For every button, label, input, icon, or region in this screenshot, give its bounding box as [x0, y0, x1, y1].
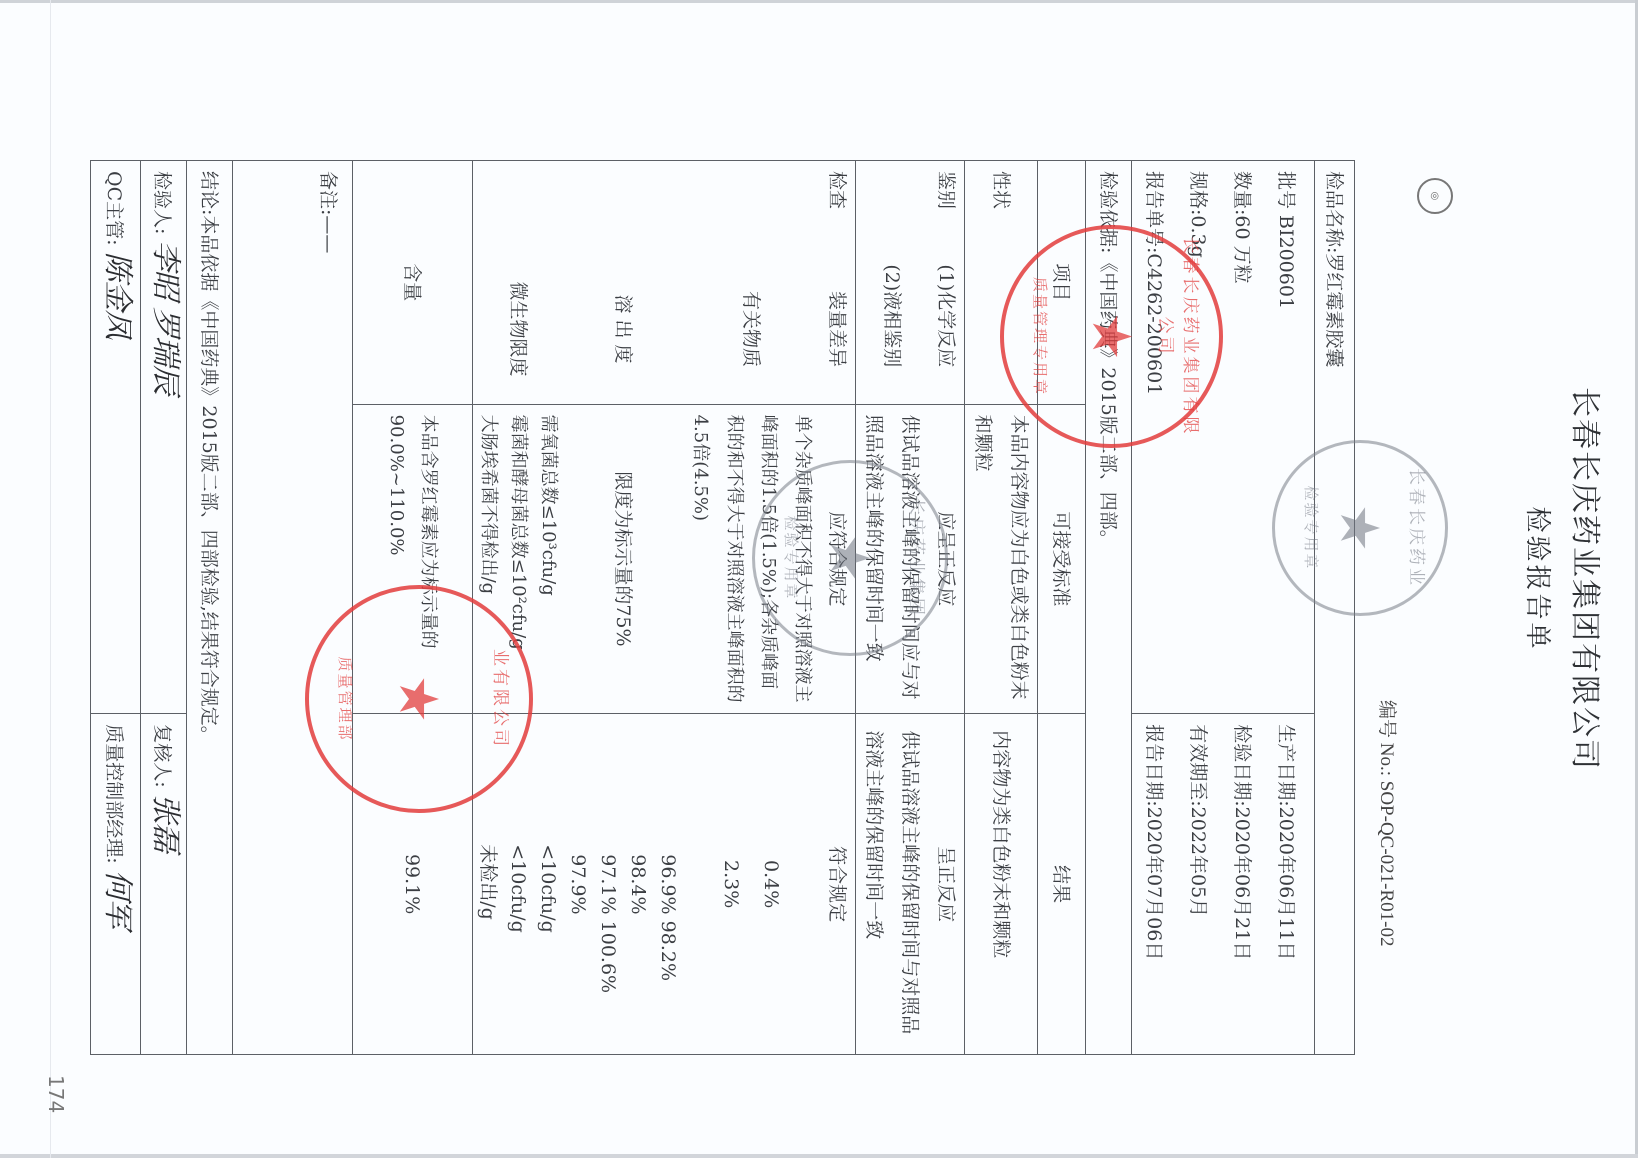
row-standard: 应呈正反应	[928, 404, 965, 714]
row-result: <10cfu/g <10cfu/g 未检出/g	[473, 714, 564, 1055]
qc-manager-label: 质量控制部经理:	[103, 724, 125, 863]
reviewer-cell: 复核人: 张磊	[141, 714, 187, 1055]
row-category	[563, 161, 683, 255]
qc-manager-cell: 质量控制部经理: 何军	[91, 714, 141, 1055]
row-standard: 应符合规定	[819, 404, 856, 714]
signature-row-2: QC主管: 陈金凤 质量控制部经理: 何军	[91, 161, 141, 1055]
row-result: 99.1%	[353, 714, 473, 1055]
row-item: 微生物限度	[473, 254, 564, 404]
table-row: 含量 本品含罗红霉素应为标示量的90.0%~110.0% 99.1%	[353, 161, 473, 1055]
batch-number: 批号 BI200601	[1264, 171, 1308, 703]
row-standard: 需氧菌总数≤10³cfu/g 霉菌和酵母菌总数≤10²cfu/g 大肠埃希菌不得…	[473, 404, 564, 714]
table-row: (2)液相鉴别 供试品溶液主峰的保留时间应与对照品溶液主峰的保留时间一致 供试品…	[856, 161, 929, 1055]
header-result: 结果	[1038, 714, 1086, 1055]
header-standard: 可接受标准	[1038, 404, 1086, 714]
company-name: 长春长庆药业集团有限公司	[1566, 0, 1610, 1158]
inspector-cell: 检验人: 李昭 罗瑞辰	[141, 161, 187, 714]
header-item: 项目	[1038, 161, 1086, 405]
inspection-report-page: ◎ 长春长庆药业集团有限公司 检验报告单 编号 No.: SOP-QC-021-…	[0, 0, 1638, 1158]
test-basis: 检验依据:《中国药典》2015版二部、四部。	[1086, 161, 1132, 1055]
conclusion-row: 结论:本品依据《中国药典》2015版二部、四部检验,结果符合规定。	[187, 161, 233, 1055]
row-result: 内容物为类白色粉末和颗粒	[965, 714, 1038, 1055]
row-standard: 供试品溶液主峰的保留时间应与对照品溶液主峰的保留时间一致	[856, 404, 929, 714]
row-standard: 本品内容物应为白色或类白色粉末和颗粒	[965, 404, 1038, 714]
document-number-label: 编号 No.:	[1376, 700, 1397, 776]
handwritten-page-number: 174	[44, 1075, 68, 1113]
production-date: 生产日期:2020年06月11日	[1264, 724, 1308, 1044]
info-left: 批号 BI200601 数量:60 万粒 规格:0.3g 报告单号:C4262-…	[1132, 161, 1315, 714]
qc-supervisor-cell: QC主管: 陈金凤	[91, 161, 141, 714]
table-row: 有关物质 单个杂质峰面积不得大于对照溶液主峰面积的1.5倍(1.5%);各杂质峰…	[683, 161, 819, 1055]
table-row: 鉴别 (1)化学反应 应呈正反应 呈正反应	[928, 161, 965, 1055]
qc-supervisor-label: QC主管:	[103, 171, 125, 246]
row-category	[683, 161, 819, 255]
reviewer-label: 复核人:	[151, 724, 173, 787]
conclusion: 结论:本品依据《中国药典》2015版二部、四部检验,结果符合规定。	[187, 161, 233, 1055]
document-number-value: SOP-QC-021-R01-02	[1376, 781, 1397, 947]
row-category: 鉴别	[928, 161, 965, 255]
remarks-row: 备注:——	[233, 161, 353, 1055]
specification: 规格:0.3g	[1176, 171, 1220, 703]
row-item: (2)液相鉴别	[856, 254, 929, 404]
table-header: 项目 可接受标准 结果	[1038, 161, 1086, 1055]
reviewer-signature: 张磊	[148, 794, 183, 852]
row-result: 符合规定	[819, 714, 856, 1055]
report-table: 检品名称:罗红霉素胶囊 批号 BI200601 数量:60 万粒 规格:0.3g…	[90, 160, 1355, 1055]
mold-yeast-limit: 霉菌和酵母菌总数≤10²cfu/g	[503, 415, 533, 704]
table-row: 溶 出 度 限度为标示量的75% 96.9% 98.2% 98.4% 97.1%…	[563, 161, 683, 1055]
row-item	[965, 254, 1038, 404]
row-standard: 本品含罗红霉素应为标示量的90.0%~110.0%	[353, 404, 473, 714]
row-result: 96.9% 98.2% 98.4% 97.1% 100.6% 97.9%	[563, 714, 683, 1055]
inspector-label: 检验人:	[151, 171, 173, 234]
qc-manager-signature: 何军	[100, 870, 135, 928]
aerobic-count-limit: 需氧菌总数≤10³cfu/g	[533, 415, 563, 704]
row-result: 呈正反应	[928, 714, 965, 1055]
inspector-signature: 李昭 罗瑞辰	[148, 240, 183, 394]
table-row: 微生物限度 需氧菌总数≤10³cfu/g 霉菌和酵母菌总数≤10²cfu/g 大…	[473, 161, 564, 1055]
e-coli-limit: 大肠埃希菌不得检出/g	[473, 415, 503, 704]
mold-yeast-result: <10cfu/g	[503, 844, 533, 1044]
company-logo-icon: ◎	[1417, 178, 1453, 214]
e-coli-result: 未检出/g	[473, 844, 503, 1044]
signature-row-1: 检验人: 李昭 罗瑞辰 复核人: 张磊	[141, 161, 187, 1055]
row-item: 有关物质	[683, 254, 819, 404]
dissolution-results-1: 96.9% 98.2% 98.4%	[623, 854, 683, 1044]
row-item: (1)化学反应	[928, 254, 965, 404]
row-standard: 限度为标示量的75%	[563, 404, 683, 714]
expiry-date: 有效期至:2022年05月	[1176, 724, 1220, 1044]
qc-supervisor-signature: 陈金凤	[100, 252, 135, 339]
row-category	[856, 161, 929, 255]
product-name: 检品名称:罗红霉素胶囊	[1315, 161, 1355, 1055]
info-right: 生产日期:2020年06月11日 检验日期:2020年06月21日 有效期至:2…	[1132, 714, 1315, 1055]
report-title: 检验报告单	[1521, 0, 1558, 1158]
info-row-basis: 检验依据:《中国药典》2015版二部、四部。	[1086, 161, 1132, 1055]
row-category	[473, 161, 564, 255]
table-row: 检查 装量差异 应符合规定 符合规定	[819, 161, 856, 1055]
table-row: 性状 本品内容物应为白色或类白色粉末和颗粒 内容物为类白色粉末和颗粒	[965, 161, 1038, 1055]
info-block: 批号 BI200601 数量:60 万粒 规格:0.3g 报告单号:C4262-…	[1132, 161, 1315, 1055]
row-category: 检查	[819, 161, 856, 255]
result-total-impurity: 2.3%	[711, 724, 751, 1044]
row-result: 0.4% 2.3%	[683, 714, 819, 1055]
quantity: 数量:60 万粒	[1220, 171, 1264, 703]
row-result: 供试品溶液主峰的保留时间与对照品溶液主峰的保留时间一致	[856, 714, 929, 1055]
row-item: 溶 出 度	[563, 254, 683, 404]
report-date: 报告日期:2020年07月06日	[1132, 724, 1176, 1044]
info-row-product: 检品名称:罗红霉素胶囊	[1315, 161, 1355, 1055]
remarks: 备注:——	[233, 161, 353, 1055]
row-category: 性状	[965, 161, 1038, 255]
row-standard: 单个杂质峰面积不得大于对照溶液主峰面积的1.5倍(1.5%);各杂质峰面积的和不…	[683, 404, 819, 714]
row-item: 装量差异	[819, 254, 856, 404]
dissolution-results-2: 97.1% 100.6% 97.9%	[563, 854, 623, 1044]
row-item: 含量	[353, 161, 473, 405]
test-date: 检验日期:2020年06月21日	[1220, 724, 1264, 1044]
aerobic-count-result: <10cfu/g	[533, 844, 563, 1044]
report-number: 报告单号:C4262-200601	[1132, 171, 1176, 703]
result-single-impurity: 0.4%	[751, 724, 791, 1044]
document-number: 编号 No.: SOP-QC-021-R01-02	[1375, 700, 1402, 947]
